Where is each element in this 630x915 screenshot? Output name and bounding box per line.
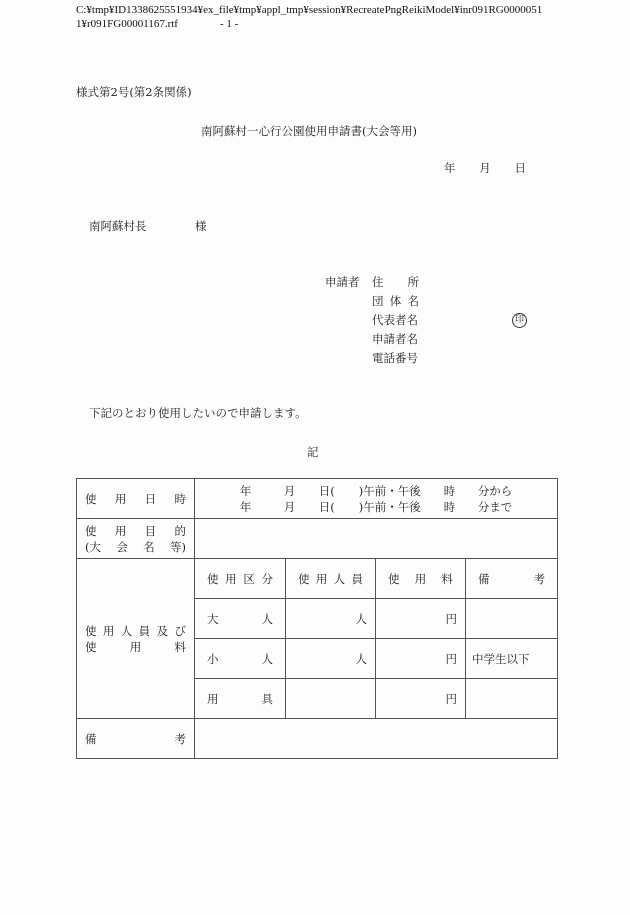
document-title: 南阿蘇村一心行公園使用申請書(大会等用) xyxy=(201,123,417,139)
value-remarks[interactable] xyxy=(195,719,558,759)
header-usage-persons: 使用人員 xyxy=(286,559,376,599)
count-child[interactable]: 人 xyxy=(286,639,376,679)
header-usage-fee: 使用料 xyxy=(376,559,466,599)
value-usage-datetime[interactable]: 年 月 日( )午前・午後 時 分から 年 月 日( )午前・午後 時 分まで xyxy=(195,479,558,519)
statement: 下記のとおり使用したいので申請します。 xyxy=(89,405,307,421)
row-usage-purpose: 使用目的 (大会名等) xyxy=(77,519,558,559)
fee-equipment[interactable]: 円 xyxy=(376,679,466,719)
field-address-label: 住所 xyxy=(372,274,419,290)
count-equipment[interactable] xyxy=(286,679,376,719)
category-child: 小人 xyxy=(195,639,286,679)
label-usage-datetime: 使用日時 xyxy=(77,479,195,519)
count-adult[interactable]: 人 xyxy=(286,599,376,639)
remarks-child[interactable]: 中学生以下 xyxy=(466,639,558,679)
applicant-label: 申請者 xyxy=(325,274,360,290)
row-fee-header: 使用人員及び 使用料 使用区分 使用人員 使用料 備考 xyxy=(77,559,558,599)
header-usage-category: 使用区分 xyxy=(195,559,286,599)
field-representative-label: 代表者名 xyxy=(372,312,418,328)
page-number: - 1 - xyxy=(220,17,238,31)
remarks-equipment[interactable] xyxy=(466,679,558,719)
label-persons-and-fees: 使用人員及び 使用料 xyxy=(77,559,195,719)
field-phone-label: 電話番号 xyxy=(372,350,418,366)
date-line: 年 月 日 xyxy=(444,160,526,176)
category-adult: 大人 xyxy=(195,599,286,639)
addressee: 南阿蘇村長 xyxy=(89,218,147,234)
row-usage-datetime: 使用日時 年 月 日( )午前・午後 時 分から 年 月 日( )午前・午後 時… xyxy=(77,479,558,519)
application-table: 使用日時 年 月 日( )午前・午後 時 分から 年 月 日( )午前・午後 時… xyxy=(76,478,558,759)
addressee-honorific: 様 xyxy=(195,218,207,234)
category-equipment: 用具 xyxy=(195,679,286,719)
fee-child[interactable]: 円 xyxy=(376,639,466,679)
remarks-adult[interactable] xyxy=(466,599,558,639)
datetime-from: 年 月 日( )午前・午後 時 分から xyxy=(203,483,549,499)
date-year: 年 xyxy=(444,160,456,176)
date-month: 月 xyxy=(479,160,491,176)
fee-adult[interactable]: 円 xyxy=(376,599,466,639)
seal-icon: 印 xyxy=(512,311,527,328)
date-day: 日 xyxy=(515,160,527,176)
header-remarks: 備考 xyxy=(466,559,558,599)
label-usage-purpose: 使用目的 (大会名等) xyxy=(77,519,195,559)
row-remarks: 備考 xyxy=(77,719,558,759)
field-group-name-label: 団体名 xyxy=(372,293,419,309)
value-usage-purpose[interactable] xyxy=(195,519,558,559)
field-applicant-name-label: 申請者名 xyxy=(372,331,418,347)
datetime-to: 年 月 日( )午前・午後 時 分まで xyxy=(203,499,549,515)
file-path-line1: C:¥tmp¥ID1338625551934¥ex_file¥tmp¥appl_… xyxy=(76,3,542,17)
file-path-line2: 1¥r091FG00001167.rtf xyxy=(76,17,178,31)
label-remarks: 備考 xyxy=(77,719,195,759)
ki-label: 記 xyxy=(307,444,319,460)
form-number: 様式第2号(第2条関係) xyxy=(76,84,192,100)
